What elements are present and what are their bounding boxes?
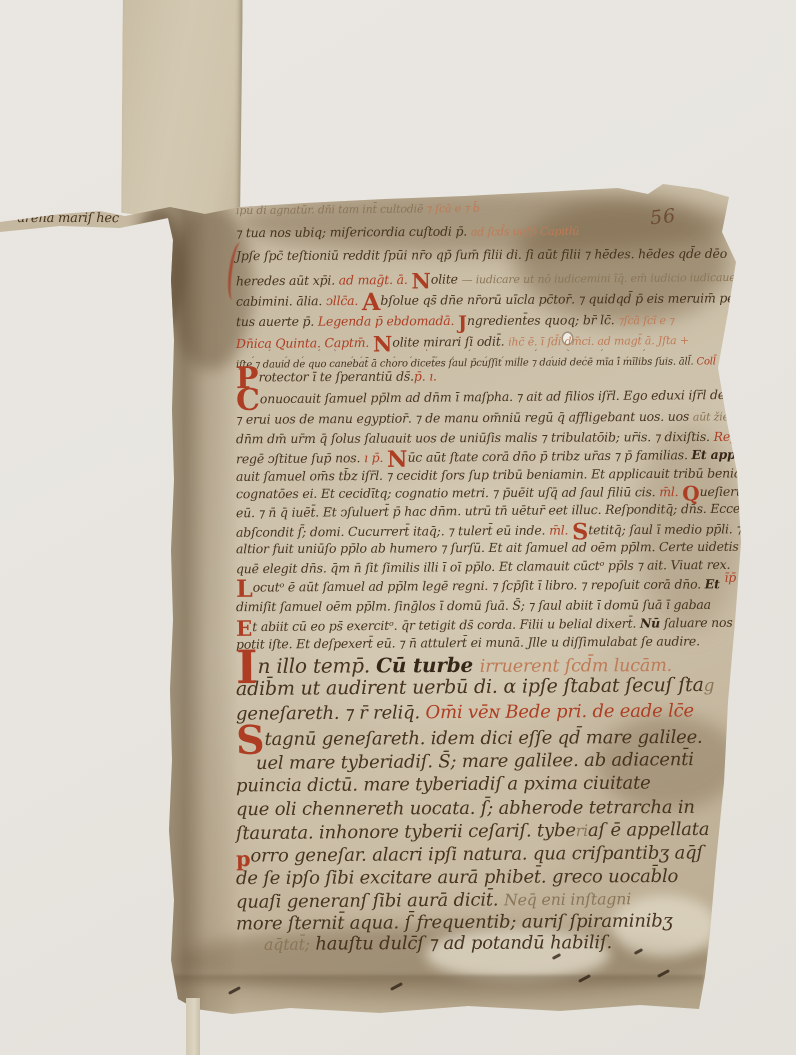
text-line: Et abiit cū eo ps̄ exercitᵒ. q̄r tetigi… — [236, 616, 733, 633]
text-line: porro geneſar. alacri ipſi natura. qua c… — [236, 844, 703, 865]
text-line: ubſtantia ei — [0, 743, 122, 757]
text-line: cognatōes ei. Et cecidītq; cognatio me… — [236, 485, 760, 500]
text-line: arena mariſ hec — [0, 212, 122, 225]
left-text-column: arena mariſ hecamitaſ. ıııı l.ıob. ɑ ſci… — [0, 0, 121, 1055]
text-line: gnaſtiſ explere — [0, 388, 122, 399]
text-line: ne drīi. J — [0, 985, 122, 998]
text-line: dn̄m dm̄ ur̄m q̄ ſolus ſaluauit uos de u… — [236, 430, 757, 445]
text-line: tibi. I R — [0, 816, 122, 830]
text-line: H. AN. — [0, 432, 122, 447]
center-fold — [130, 200, 236, 1015]
water-ring-stain — [64, 555, 138, 651]
text-line: iob dm̄. — [0, 718, 122, 733]
text-line: ıob. ɑ ſciſi — [0, 256, 122, 273]
text-line: do mi ne fine — [0, 844, 122, 856]
text-line: eam. I. R. — [0, 504, 122, 517]
text-line: uel mare tyberiadiſ. S̄; mare galilee. a… — [256, 751, 694, 773]
neume-marks: ˊ ˏ ˋ ˏ — [14, 858, 136, 866]
text-line: eū. ⁊ n̄ q̄ iuēt̄. Et ↄſuluert̄ p̄ hac… — [236, 502, 740, 519]
text-line: aq̄tat̄; hauſtu dulc̄ſ ⁊ ad potandū hab… — [264, 934, 612, 954]
text-line: tus auerte p̄. Legenda p̄ ebdomadā. Jng… — [236, 313, 674, 328]
stain — [30, 560, 130, 890]
text-line: entuſ eſt. — [0, 577, 122, 589]
text-line: de uenīſ — [0, 480, 122, 494]
text-line: cabimini. ālia. ↄllc̄a. Abſolue qs̄ dn̄… — [236, 292, 750, 308]
text-line: Conuocauit ſamuel pp̄lm ad dn̄m ī maſph… — [236, 388, 760, 405]
text-line: poſſeſſio illi — [0, 768, 122, 782]
text-line: am. Jnīquam — [0, 914, 122, 926]
text-line: potit iſte. Et deſpexert̄ eū. ⁊ n̄ attu… — [236, 635, 700, 651]
text-line: n ad terram — [0, 867, 122, 880]
neume-marks: ˏ ˋ ˊ ˏ ˊ — [14, 881, 136, 889]
neume-marks: ˏ ˊ ˏ ˋ ˊ — [14, 835, 136, 843]
water-ring-stain — [78, 395, 144, 478]
text-line: geneſareth. ⁊ r̄ reliq̄. Om̄i vēɴ Bede … — [236, 702, 694, 723]
text-line: quaſi generanſ ſibi aurā dicit̄. Neq̄ e… — [236, 890, 631, 912]
parchment-sheet: arena mariſ hecamitaſ. ıııı l.ıob. ɑ ſci… — [0, 0, 760, 1055]
text-line: ipū di agnatūr. dn̄i tam int̄ cultodie… — [236, 201, 480, 216]
text-line: Dn̄ica Quinta. Captm̄. Nolite mirari ſi … — [236, 333, 689, 350]
initial-capital: N — [411, 269, 431, 294]
text-line: ā. ⁊ tange — [0, 792, 122, 807]
text-line: aiſ; e titan — [0, 957, 122, 970]
text-line: regē ↄſtitue ſup̄ nos. ı p̄. Nūc aūt … — [236, 448, 745, 465]
paper-bookmark-strip — [121, 0, 243, 220]
text-line: que oli chennereth uocata. ſ̄; abherode … — [236, 799, 695, 819]
initial-capital: J — [458, 312, 467, 334]
text-line: ī meu iob. — [0, 599, 122, 613]
main-text-column: ipū di agnatūr. dn̄i tam int̄ cultodie… — [236, 0, 736, 1055]
text-line: dimiſit ſamuel oēm pp̄lm. ſinḡlos ī d… — [236, 598, 711, 613]
neume-marks: ˏ ˊ ˏ — [14, 617, 136, 625]
text-line: rba copo netiſ — [0, 363, 122, 374]
text-line: abſcondit ſ̄; domi. Cucurrert̄ itaq̄;. ⁊… — [236, 523, 742, 539]
text-line: auit ſamuel om̄s tb̄z iſr̄l. ⁊ cecidit ſ… — [236, 467, 760, 483]
initial-capital: D — [40, 669, 57, 692]
text-line: ⁊ erui uos de manu egyptior̄. ⁊ de manu … — [236, 410, 746, 426]
folio-number: 56 — [649, 205, 677, 230]
text-line: more ſternit̄ aqua. ſ̄ frequentib; auriſ… — [236, 912, 673, 933]
text-line: baſ. I. RS. — [0, 332, 122, 348]
text-line: ⁊ tua nos ubiq; miſericordia cuſtodi p̄.… — [236, 224, 579, 239]
text-line: ſinguloſ. — [0, 282, 122, 298]
text-line: heredes aūt xp̄i. ad maḡt. ā. Nolite … — [236, 270, 760, 287]
text-line: corā dno — [0, 457, 122, 470]
text-line: i deuſ quia — [0, 651, 122, 663]
text-line: puluere ſedeo — [0, 890, 122, 902]
neume-marks: ˏ ˊ ˋ ˏ ˊ ˏ — [14, 354, 136, 362]
text-line: altior fuit uniūſo pp̄lo ab humero ⁊ ſu… — [236, 540, 739, 555]
neume-marks: ˊ ˏ ˏ ˋ ˊ — [14, 379, 136, 387]
text-line: Protector ī te ſperantiū ds̄.p̄. ı. — [236, 370, 437, 383]
text-line: Locutᵒ ē aūt ſamuel ad pp̄lm legē reg… — [236, 578, 720, 594]
text-line: Stagnū geneſareth. idem dici eſſe qd̄ m… — [236, 729, 703, 749]
text-line: a aruit et — [0, 532, 122, 543]
text-line: puincia dictū. mare tyberiadiſ a pxima … — [236, 775, 651, 796]
text-line: de ſe ipſo ſibi excitare aurā phibet̄. … — [236, 868, 678, 888]
text-line: ectuſ. ac n̄ — [0, 626, 122, 639]
text-line: t inīanit tua — [0, 935, 122, 949]
text-line: amitaſ. ıııı l. — [0, 236, 122, 250]
initial-capital: A — [362, 288, 381, 316]
text-line: benedixeriſ — [0, 308, 122, 323]
photograph-background: arena mariſ hecamitaſ. ıııı l.ıob. ɑ ſci… — [0, 0, 796, 1055]
text-line: Jpſe ſpc̄ teſtioniū reddit ſpūi nr̄o q… — [236, 247, 727, 262]
neume-marks: ˏ ˊ ˏ ˋ — [14, 523, 136, 531]
text-line: De p̄fundiſ — [0, 672, 122, 686]
text-line: t eiuſ. Verumtam̄. — [0, 412, 122, 425]
stain — [0, 240, 120, 370]
text-line: ſtaurata. inhonore tyberii ceſariſ. tybe… — [236, 821, 709, 843]
text-line: V d̄. ī mei ſicut — [0, 555, 122, 567]
paper-guard-strip — [186, 998, 200, 1055]
text-line: adib̄m ut audirent uerbū di. ɑ ipſe ſta… — [236, 676, 714, 699]
